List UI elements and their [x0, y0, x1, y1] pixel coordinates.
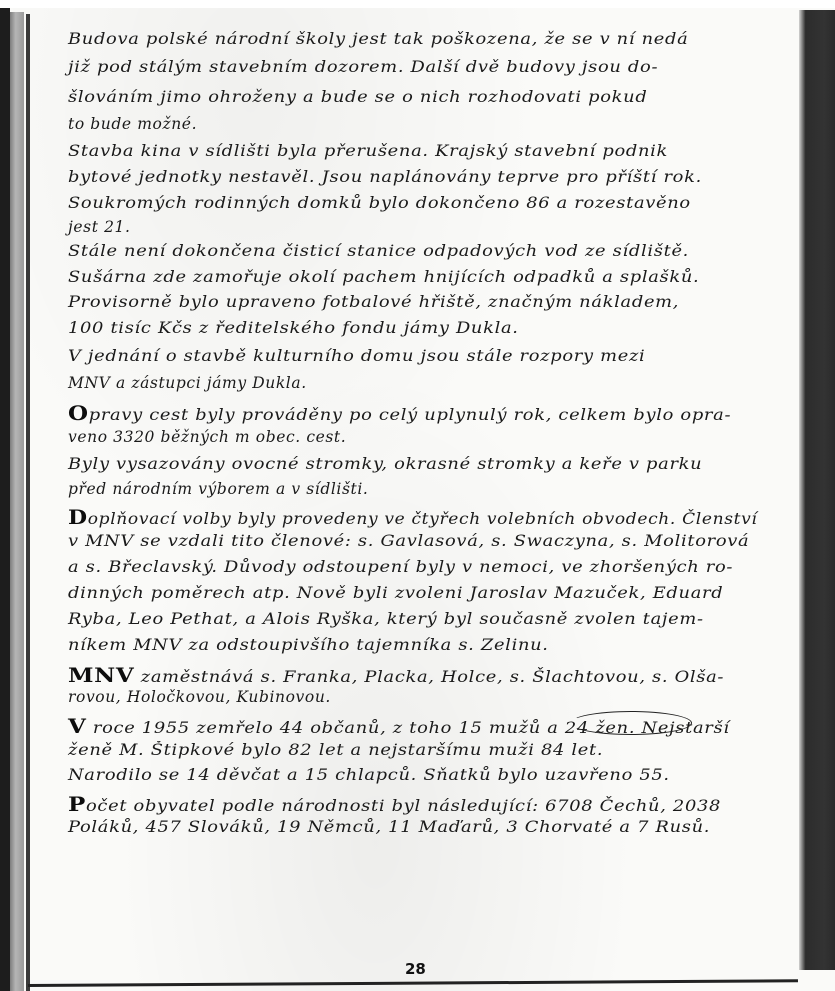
- handwritten-line: jest 21.: [68, 218, 131, 236]
- handwritten-line: šlováním jimo ohroženy a bude se o nich …: [68, 88, 647, 106]
- initial-letter: MNV: [68, 663, 134, 687]
- handwritten-line: Byly vysazovány ovocné stromky, okrasné …: [68, 455, 702, 473]
- handwritten-line: Ryba, Leo Pethat, a Alois Ryška, který b…: [68, 610, 704, 628]
- line-text: a s. Břeclavský. Důvody odstoupení byly …: [68, 558, 733, 576]
- book-gutter: [10, 12, 24, 991]
- line-text: Soukromých rodinných domků bylo dokončen…: [68, 194, 691, 212]
- page-edge-line: [26, 14, 30, 991]
- handwritten-line: ženě M. Štipkové bylo 82 let a nejstarší…: [68, 741, 603, 759]
- line-text: Narodilo se 14 děvčat a 15 chlapců. Sňat…: [68, 766, 670, 784]
- handwritten-line: to bude možné.: [68, 115, 197, 133]
- line-text: níkem MNV za odstoupivšího tajemníka s. …: [68, 636, 549, 654]
- line-text: veno 3320 běžných m obec. cest.: [68, 428, 346, 446]
- line-text: Stavba kina v sídlišti byla přerušena. K…: [68, 142, 668, 160]
- handwritten-line: níkem MNV za odstoupivšího tajemníka s. …: [68, 636, 549, 654]
- line-text: Provisorně bylo upraveno fotbalové hřišt…: [68, 293, 679, 311]
- handwritten-line: před národním výborem a v sídlišti.: [68, 480, 368, 498]
- book-spine-shadow: [0, 8, 10, 991]
- handwritten-line: v MNV se vzdali tito členové: s. Gavlaso…: [68, 532, 749, 550]
- handwritten-line: Soukromých rodinných domků bylo dokončen…: [68, 194, 691, 212]
- page-number: 28: [405, 960, 426, 978]
- line-text: rovou, Holočkovou, Kubinovou.: [68, 688, 331, 706]
- line-text: dinných poměrech atp. Nově byli zvoleni …: [68, 584, 723, 602]
- handwritten-line: MNV zaměstnává s. Franka, Placka, Holce,…: [68, 663, 724, 687]
- handwritten-line: Sušárna zde zamořuje okolí pachem hnijíc…: [68, 268, 699, 286]
- line-text: MNV a zástupci jámy Dukla.: [68, 374, 307, 392]
- line-text: V jednání o stavbě kulturního domu jsou …: [68, 347, 645, 365]
- handwritten-line: V jednání o stavbě kulturního domu jsou …: [68, 347, 645, 365]
- handwritten-circle-annotation: [570, 711, 692, 735]
- handwritten-line: MNV a zástupci jámy Dukla.: [68, 374, 307, 392]
- line-text: zaměstnává s. Franka, Placka, Holce, s. …: [134, 668, 724, 686]
- line-text: Stále není dokončena čisticí stanice odp…: [68, 242, 689, 260]
- line-text: již pod stálým stavebním dozorem. Další …: [68, 58, 658, 76]
- right-page-shadow: [799, 10, 835, 970]
- handwritten-line: Budova polské národní školy jest tak poš…: [68, 30, 688, 48]
- top-margin: [0, 0, 835, 8]
- handwritten-line: Provisorně bylo upraveno fotbalové hřišt…: [68, 293, 679, 311]
- handwritten-line: Počet obyvatel podle národnosti byl násl…: [68, 792, 721, 816]
- handwritten-line: Stále není dokončena čisticí stanice odp…: [68, 242, 689, 260]
- initial-letter: O: [68, 401, 89, 425]
- line-text: šlováním jimo ohroženy a bude se o nich …: [68, 88, 647, 106]
- line-text: Byly vysazovány ovocné stromky, okrasné …: [68, 455, 702, 473]
- initial-letter: D: [68, 505, 88, 529]
- handwritten-line: 100 tisíc Kčs z ředitelského fondu jámy …: [68, 319, 519, 337]
- handwritten-line: veno 3320 běžných m obec. cest.: [68, 428, 346, 446]
- handwritten-line: a s. Břeclavský. Důvody odstoupení byly …: [68, 558, 733, 576]
- line-text: 100 tisíc Kčs z ředitelského fondu jámy …: [68, 319, 519, 337]
- line-text: pravy cest byly prováděny po celý uplynu…: [89, 406, 731, 424]
- handwritten-line: dinných poměrech atp. Nově byli zvoleni …: [68, 584, 723, 602]
- line-text: očet obyvatel podle národnosti byl násle…: [86, 797, 721, 815]
- handwritten-line: rovou, Holočkovou, Kubinovou.: [68, 688, 331, 706]
- line-text: před národním výborem a v sídlišti.: [68, 480, 368, 498]
- handwritten-line: Stavba kina v sídlišti byla přerušena. K…: [68, 142, 668, 160]
- handwritten-line: Narodilo se 14 děvčat a 15 chlapců. Sňat…: [68, 766, 670, 784]
- handwritten-line: již pod stálým stavebním dozorem. Další …: [68, 58, 658, 76]
- handwritten-line: Poláků, 457 Slováků, 19 Němců, 11 Maďarů…: [68, 818, 710, 836]
- line-text: bytové jednotky nestavěl. Jsou naplánová…: [68, 168, 702, 186]
- line-text: Sušárna zde zamořuje okolí pachem hnijíc…: [68, 268, 699, 286]
- initial-letter: P: [68, 792, 86, 816]
- handwritten-line: bytové jednotky nestavěl. Jsou naplánová…: [68, 168, 702, 186]
- line-text: Budova polské národní školy jest tak poš…: [68, 30, 688, 48]
- line-text: Ryba, Leo Pethat, a Alois Ryška, který b…: [68, 610, 704, 628]
- handwritten-line: Opravy cest byly prováděny po celý uplyn…: [68, 401, 731, 425]
- initial-letter: V: [68, 714, 87, 738]
- line-text: v MNV se vzdali tito členové: s. Gavlaso…: [68, 532, 749, 550]
- line-text: Poláků, 457 Slováků, 19 Němců, 11 Maďarů…: [68, 818, 710, 836]
- line-text: jest 21.: [68, 218, 131, 236]
- line-text: to bude možné.: [68, 115, 197, 133]
- line-text: ženě M. Štipkové bylo 82 let a nejstarší…: [68, 741, 603, 759]
- handwritten-line: Doplňovací volby byly provedeny ve čtyře…: [68, 505, 758, 529]
- line-text: oplňovací volby byly provedeny ve čtyřec…: [88, 510, 758, 528]
